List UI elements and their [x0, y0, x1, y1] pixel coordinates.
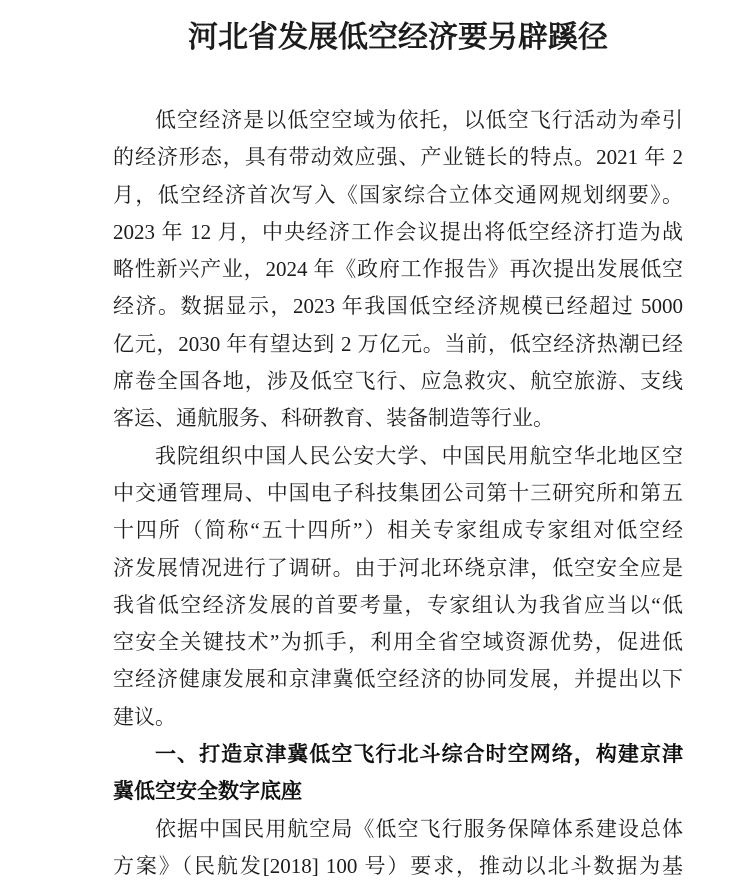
text-line: 我院组织中国人民公安大学、中国民用航空华北地区空: [113, 438, 683, 475]
text-line: 依据中国民用航空局《低空飞行服务保障体系建设总体: [113, 811, 683, 848]
text-line: 一、打造京津冀低空飞行北斗综合时空网络，构建京津: [113, 736, 683, 773]
document-title: 河北省发展低空经济要另辟蹊径: [113, 16, 683, 60]
text-line: 冀低空安全数字底座: [113, 773, 683, 810]
text-line: 的经济形态，具有带动效应强、产业链长的特点。2021 年 2: [113, 139, 683, 176]
text-line: 空经济健康发展和京津冀低空经济的协同发展，并提出以下: [113, 661, 683, 698]
text-line: 十四所（简称“五十四所”）相关专家组成专家组对低空经: [113, 512, 683, 549]
document-body: 低空经济是以低空空域为依托，以低空飞行活动为牵引的经济形态，具有带动效应强、产业…: [113, 102, 683, 885]
text-line: 席卷全国各地，涉及低空飞行、应急救灾、航空旅游、支线: [113, 363, 683, 400]
text-line: 2023 年 12 月，中央经济工作会议提出将低空经济打造为战: [113, 214, 683, 251]
paragraph: 我院组织中国人民公安大学、中国民用航空华北地区空中交通管理局、中国电子科技集团公…: [113, 438, 683, 736]
paragraph: 低空经济是以低空空域为依托，以低空飞行活动为牵引的经济形态，具有带动效应强、产业…: [113, 102, 683, 438]
document-column: 河北省发展低空经济要另辟蹊径 低空经济是以低空空域为依托，以低空飞行活动为牵引的…: [113, 16, 683, 885]
text-line: 月，低空经济首次写入《国家综合立体交通网规划纲要》。: [113, 177, 683, 214]
text-line: 经济。数据显示，2023 年我国低空经济规模已经超过 5000: [113, 288, 683, 325]
text-line: 客运、通航服务、科研教育、装备制造等行业。: [113, 400, 683, 437]
text-line: 济发展情况进行了调研。由于河北环绕京津，低空安全应是: [113, 550, 683, 587]
text-line: 空安全关键技术”为抓手，利用全省空域资源优势，促进低: [113, 624, 683, 661]
text-line: 亿元，2030 年有望达到 2 万亿元。当前，低空经济热潮已经: [113, 326, 683, 363]
text-line: 方案》（民航发[2018] 100 号）要求，推动以北斗数据为基: [113, 848, 683, 885]
text-line: 建议。: [113, 699, 683, 736]
paragraph: 依据中国民用航空局《低空飞行服务保障体系建设总体方案》（民航发[2018] 10…: [113, 811, 683, 886]
section-heading: 一、打造京津冀低空飞行北斗综合时空网络，构建京津冀低空安全数字底座: [113, 736, 683, 811]
text-line: 低空经济是以低空空域为依托，以低空飞行活动为牵引: [113, 102, 683, 139]
document-page: 河北省发展低空经济要另辟蹊径 低空经济是以低空空域为依托，以低空飞行活动为牵引的…: [0, 0, 745, 896]
text-line: 我省低空经济发展的首要考量，专家组认为我省应当以“低: [113, 587, 683, 624]
text-line: 中交通管理局、中国电子科技集团公司第十三研究所和第五: [113, 475, 683, 512]
text-line: 略性新兴产业，2024 年《政府工作报告》再次提出发展低空: [113, 251, 683, 288]
